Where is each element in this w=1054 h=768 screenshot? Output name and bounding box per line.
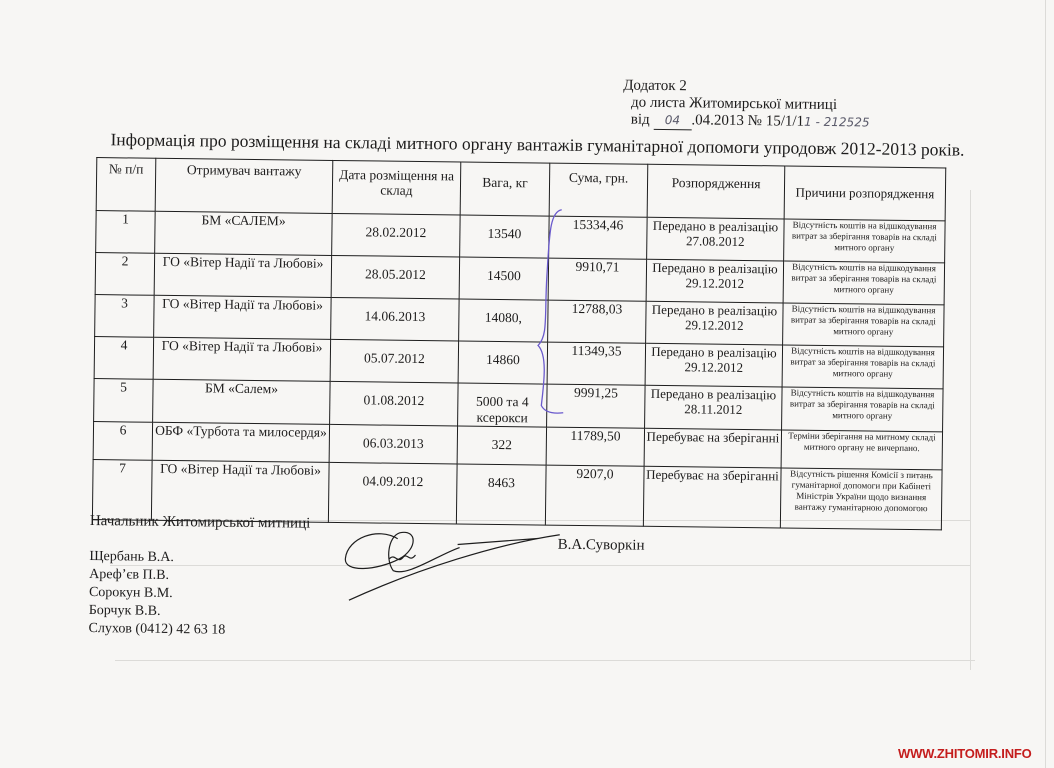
header-recipient: Отримувач вантажу — [155, 158, 333, 213]
cell-recipient: ГО «Вітер Надії та Любові» — [153, 337, 330, 381]
cell-recipient: ГО «Вітер Надії та Любові» — [154, 253, 331, 297]
appendix-from-label: від — [631, 112, 650, 128]
cell-num: 4 — [94, 337, 154, 380]
cell-date: 05.07.2012 — [330, 339, 459, 383]
cell-date: 28.02.2012 — [332, 213, 461, 257]
appendix-date-line: від 04.04.2013 № 15/1/11 - 212525 — [631, 112, 870, 133]
cell-reason: Відсутність коштів на відшкодування витр… — [782, 387, 944, 432]
order-status: Передано в реалізацію — [646, 344, 782, 361]
cell-num: 7 — [92, 460, 152, 521]
cell-num: 2 — [95, 253, 155, 296]
cell-num: 1 — [96, 211, 156, 254]
order-date: 29.12.2012 — [647, 275, 783, 292]
cell-order: Перебуває на зберіганні — [643, 466, 781, 528]
chief-position: Начальник Житомирської митниці — [90, 513, 311, 533]
cell-order: Перебуває на зберіганні — [644, 428, 781, 468]
cell-weight: 14080, — [459, 299, 549, 342]
cell-num: 5 — [94, 379, 154, 423]
cell-reason: Відсутність коштів на відшкодування витр… — [784, 219, 946, 263]
cell-sum: 11789,50 — [546, 427, 644, 466]
cell-reason: Відсутність рішення Комісії з питань гум… — [780, 468, 942, 530]
document-page: Додаток 2 до листа Житомирської митниці … — [0, 0, 1054, 768]
handwritten-reg-number: 1 - 212525 — [804, 115, 870, 130]
cell-reason: Відсутність коштів на відшкодування витр… — [782, 345, 944, 389]
cell-weight: 14500 — [459, 257, 549, 300]
appendix-date-number: .04.2013 № 15/1/1 — [691, 112, 804, 129]
cell-recipient: ГО «Вітер Надії та Любові» — [154, 295, 331, 339]
handwritten-bracket — [535, 205, 568, 417]
cell-weight: 322 — [457, 426, 546, 465]
order-status: Перебуває на зберіганні — [644, 467, 780, 484]
signer-name: В.А.Суворкін — [558, 537, 645, 555]
document-title: Інформація про розміщення на складі митн… — [110, 129, 964, 160]
cell-sum: 9207,0 — [545, 465, 644, 526]
header-weight: Вага, кг — [460, 162, 550, 216]
cargo-table: № п/п Отримувач вантажу Дата розміщення … — [92, 157, 946, 530]
cell-order: Передано в реалізацію29.12.2012 — [646, 259, 784, 303]
cell-num: 3 — [95, 295, 155, 338]
order-date: 28.11.2012 — [645, 401, 781, 418]
cell-reason: Терміни зберігання на митному складі мит… — [781, 430, 942, 470]
appendix-header: Додаток 2 до листа Житомирської митниці … — [623, 77, 870, 132]
order-status: Передано в реалізацію — [645, 386, 781, 403]
cell-recipient: БМ «САЛЕМ» — [155, 211, 332, 255]
cell-weight: 14860 — [458, 341, 548, 384]
handwritten-day: 04 — [653, 112, 691, 130]
order-date: 29.12.2012 — [646, 317, 782, 334]
cell-recipient: ОБФ «Турбота та милосердя» — [152, 422, 329, 462]
cell-order: Передано в реалізацію29.12.2012 — [646, 301, 784, 345]
executors-list: Щербань В.А. Ареф’єв П.В. Сорокун В.М. Б… — [88, 548, 310, 641]
cell-date: 06.03.2013 — [329, 424, 457, 464]
cell-date: 14.06.2013 — [331, 297, 460, 341]
cell-reason: Відсутність коштів на відшкодування витр… — [783, 303, 945, 347]
cell-order: Передано в реалізацію29.12.2012 — [645, 343, 783, 387]
cell-date: 04.09.2012 — [328, 462, 457, 524]
footer-block: Начальник Житомирської митниці Щербань В… — [88, 513, 310, 641]
header-date: Дата розміщення на склад — [332, 160, 461, 215]
header-num: № п/п — [96, 158, 156, 212]
cell-recipient: БМ «Салем» — [153, 379, 331, 424]
cell-weight: 8463 — [456, 464, 546, 525]
order-date: 29.12.2012 — [646, 359, 782, 376]
order-status: Передано в реалізацію — [646, 302, 782, 319]
cell-num: 6 — [93, 422, 152, 461]
handwritten-signature — [337, 518, 568, 611]
order-date: 27.08.2012 — [647, 233, 783, 250]
order-status: Перебуває на зберіганні — [645, 429, 781, 446]
cell-weight: 5000 та 4 ксерокси — [458, 383, 548, 427]
header-order: Розпорядження — [647, 164, 785, 219]
cell-weight: 13540 — [460, 215, 550, 258]
executor-phone: Слухов (0412) 42 63 18 — [88, 620, 309, 641]
cell-recipient: ГО «Вітер Надії та Любові» — [151, 460, 329, 522]
header-reason: Причини розпорядження — [784, 166, 946, 221]
cell-date: 28.05.2012 — [331, 255, 460, 299]
site-watermark: WWW.ZHITOMIR.INFO — [898, 746, 1032, 761]
cell-order: Передано в реалізацію28.11.2012 — [645, 385, 783, 430]
cell-order: Передано в реалізацію27.08.2012 — [647, 217, 785, 261]
cell-reason: Відсутність коштів на відшкодування витр… — [783, 261, 945, 305]
order-status: Передано в реалізацію — [647, 260, 783, 277]
cell-date: 01.08.2012 — [330, 381, 459, 426]
order-status: Передано в реалізацію — [647, 218, 783, 235]
